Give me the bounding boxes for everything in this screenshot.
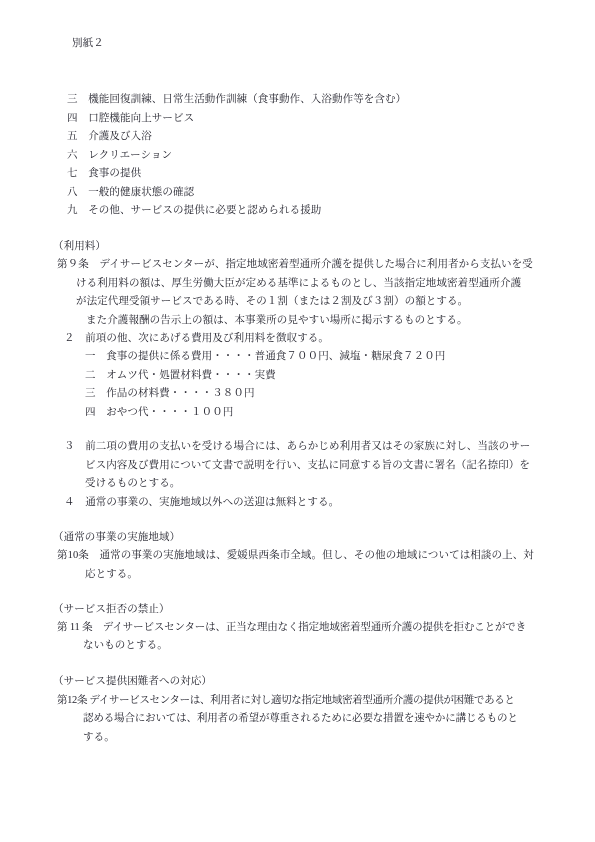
article-9-line: が法定代理受領サービスである時、その１割（または２割及び３割）の額とする。 — [76, 295, 468, 309]
attachment-label: 別紙２ — [72, 37, 104, 51]
article-9-line: ビス内容及び費用について文書で説明を行い、支払に同意する旨の文書に署名（記名捺印… — [85, 459, 530, 473]
fee-item-snack: 四 おやつ代・・・・１００円 — [85, 406, 233, 420]
article-9-line: 受けるものとする。 — [85, 477, 180, 491]
section-heading-difficult-cases: （サービス提供困難者への対応） — [53, 675, 212, 689]
fee-item-diaper: 二 オムツ代・処置材料費・・・・実費 — [85, 369, 276, 383]
article-12-line: する。 — [83, 731, 115, 745]
section-heading-service-area: （通常の事業の実施地域） — [53, 531, 180, 545]
article-12-line: 認める場合においては、利用者の希望が尊重されるために必要な措置を速やかに講じるも… — [83, 712, 518, 726]
section-heading-fees: （利用料） — [53, 240, 106, 254]
service-item: 五 介護及び入浴 — [67, 130, 152, 144]
fee-item-materials: 三 作品の材料費・・・・３８０円 — [85, 387, 255, 401]
article-9-line: 第９条 デイサービスセンターが、指定地域密着型通所介護を提供した場合に利用者から… — [57, 258, 533, 272]
article-9-line: また介護報酬の告示上の額は、本事業所の見やすい場所に掲示するものとする。 — [86, 314, 468, 328]
article-9-clause-3: ３ 前二項の費用の支払いを受ける場合には、あらかじめ利用者又はその家族に対し、当… — [64, 440, 530, 454]
fee-item-meal: 一 食事の提供に係る費用・・・・普通食７００円、減塩・糖尿食７２０円 — [85, 350, 445, 364]
service-item: 四 口腔機能向上サービス — [67, 112, 194, 126]
article-10-line: 応とする。 — [85, 568, 138, 582]
article-9-line: ける利用料の額は、厚生労働大臣が定める基準によるものとし、当該指定地域密着型通所… — [76, 277, 521, 291]
article-9-clause-2: ２ 前項の他、次にあげる費用及び利用料を徴収する。 — [64, 332, 329, 346]
service-item: 七 食事の提供 — [67, 167, 141, 181]
article-11-line: ないものとする。 — [83, 639, 168, 653]
service-item: 六 レクリエーション — [67, 149, 172, 163]
service-item: 八 一般的健康状態の確認 — [67, 186, 194, 200]
article-10-line: 第10条 通常の事業の実施地域は、愛媛県西条市全域。但し、その他の地域については… — [57, 549, 534, 563]
article-12-line: 第12条 デイサービスセンターは、利用者に対し適切な指定地域密着型通所介護の提供… — [57, 694, 515, 708]
service-item: 九 その他、サービスの提供に必要と認められる援助 — [67, 204, 321, 218]
document-page: 別紙２ 三 機能回復訓練、日常生活動作訓練（食事動作、入浴動作等を含む） 四 口… — [0, 0, 595, 842]
article-9-clause-4: ４ 通常の事業の、実施地域以外への送迎は無料とする。 — [64, 496, 339, 510]
section-heading-refusal-prohibition: （サービス拒否の禁止） — [53, 603, 170, 617]
article-11-line: 第 11 条 デイサービスセンターは、正当な理由なく指定地域密着型通所介護の提供… — [57, 621, 526, 635]
service-item: 三 機能回復訓練、日常生活動作訓練（食事動作、入浴動作等を含む） — [67, 93, 406, 107]
